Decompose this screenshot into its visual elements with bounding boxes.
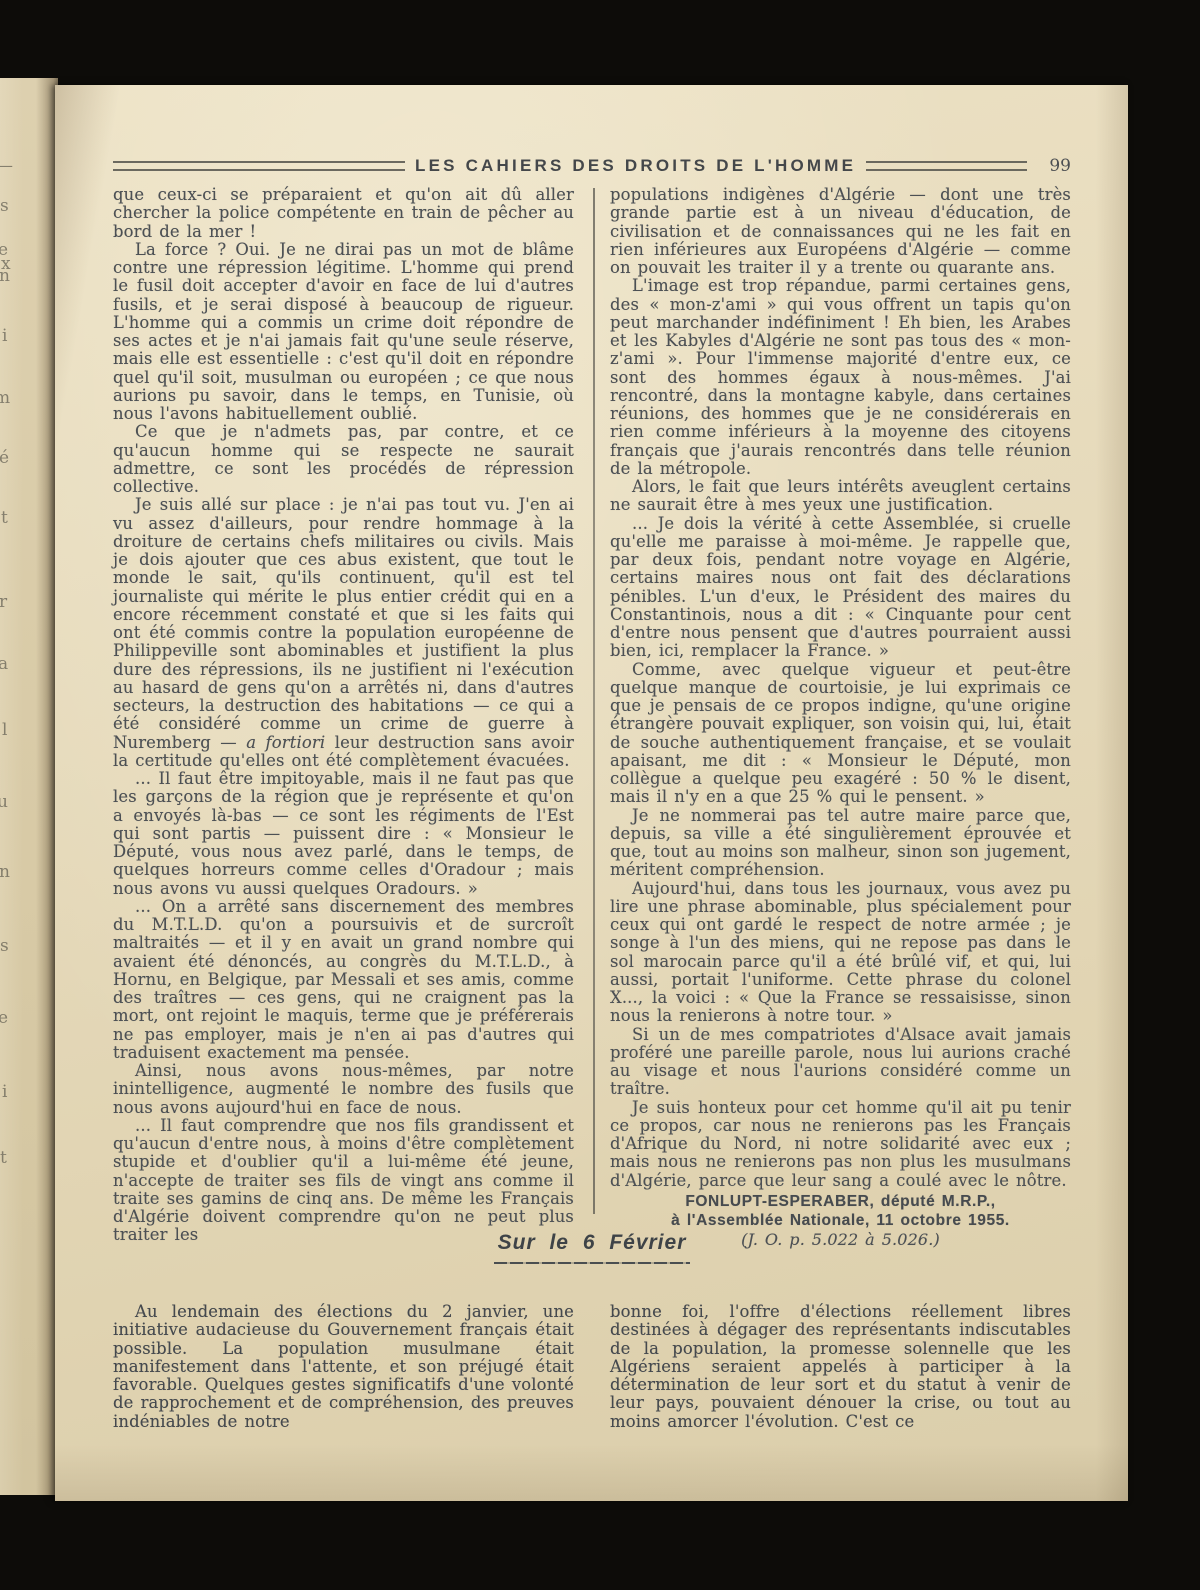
edge-text-fragment: l [2, 720, 7, 740]
article-column-left: que ceux-ci se préparaient et qu'on ait … [113, 186, 574, 1249]
paragraph: La force ? Oui. Je ne dirai pas un mot d… [113, 241, 574, 424]
edge-text-fragment: s [0, 196, 9, 216]
paragraph: Ce que je n'admets pas, par contre, et c… [113, 423, 574, 496]
paragraph: ... Je dois la vérité à cette Assemblée,… [610, 515, 1071, 661]
signature-author: FONLUPT-ESPERABER, député M.R.P., [610, 1192, 1071, 1211]
paragraph: ... On a arrêté sans discernement des me… [113, 898, 574, 1062]
paragraph: Comme, avec quelque vigueur et peut-être… [610, 661, 1071, 807]
section-column-left: Au lendemain des élections du 2 janvier,… [113, 1303, 574, 1431]
edge-text-fragment: i [2, 1082, 7, 1102]
paragraph: Aujourd'hui, dans tous les journaux, vou… [610, 880, 1071, 1026]
signature-context: à l'Assemblée Nationale, 11 octobre 1955… [610, 1211, 1071, 1230]
scanned-page: LES CAHIERS DES DROITS DE L'HOMME 99 que… [55, 85, 1128, 1501]
header-rule-right [866, 161, 1027, 171]
page-number: 99 [1027, 156, 1071, 176]
edge-text-fragment: n [0, 266, 10, 286]
scanner-background: { "colors": { "background": "#0d0c09", "… [0, 0, 1200, 1590]
section-heading: Sur le 6 Février [113, 1231, 1071, 1255]
paragraph: que ceux-ci se préparaient et qu'on ait … [113, 186, 574, 241]
edge-text-fragment: t [0, 1148, 7, 1168]
masthead: LES CAHIERS DES DROITS DE L'HOMME 99 [113, 155, 1071, 177]
previous-page-edge: —sexnimétralunseit [0, 78, 58, 1495]
section-body: Au lendemain des élections du 2 janvier,… [113, 1303, 1071, 1431]
section-column-right: bonne foi, l'offre d'élections réellemen… [610, 1303, 1071, 1431]
paragraph: Je suis honteux pour cet homme qu'il ait… [610, 1099, 1071, 1190]
edge-text-fragment: r [0, 592, 7, 612]
paragraph: ... Il faut comprendre que nos fils gran… [113, 1117, 574, 1245]
edge-text-fragment: n [0, 862, 10, 882]
edge-text-fragment: t [1, 508, 8, 528]
edge-text-fragment: i [2, 326, 7, 346]
header-rule-left [113, 161, 405, 171]
page-title: LES CAHIERS DES DROITS DE L'HOMME [405, 156, 866, 176]
article-column-right: populations indigènes d'Algérie — dont u… [610, 186, 1071, 1249]
edge-text-fragment: — [0, 156, 13, 176]
paragraph: Ainsi, nous avons nous-mêmes, par notre … [113, 1062, 574, 1117]
edge-text-fragment: e [0, 1008, 8, 1028]
paragraph: bonne foi, l'offre d'élections réellemen… [610, 1303, 1071, 1431]
section-heading-block: Sur le 6 Février [113, 1231, 1071, 1264]
paragraph: L'image est trop répandue, parmi certain… [610, 277, 1071, 478]
paragraph: Je ne nommerai pas tel autre maire parce… [610, 807, 1071, 880]
edge-text-fragment: m [0, 388, 10, 408]
paragraph: Au lendemain des élections du 2 janvier,… [113, 1303, 574, 1431]
edge-text-fragment: u [0, 792, 8, 812]
paragraph: Alors, le fait que leurs intérêts aveugl… [610, 478, 1071, 515]
paragraph: Je suis allé sur place : je n'ai pas tou… [113, 496, 574, 770]
edge-text-fragment: é [0, 448, 9, 468]
paragraph: populations indigènes d'Algérie — dont u… [610, 186, 1071, 277]
article-body: que ceux-ci se préparaient et qu'on ait … [113, 186, 1071, 1249]
edge-text-fragment: a [0, 654, 8, 674]
paragraph: ... Il faut être impitoyable, mais il ne… [113, 770, 574, 898]
section-heading-underline [494, 1262, 690, 1264]
edge-text-fragment: s [0, 936, 9, 956]
paragraph: Si un de mes compatriotes d'Alsace avait… [610, 1026, 1071, 1099]
